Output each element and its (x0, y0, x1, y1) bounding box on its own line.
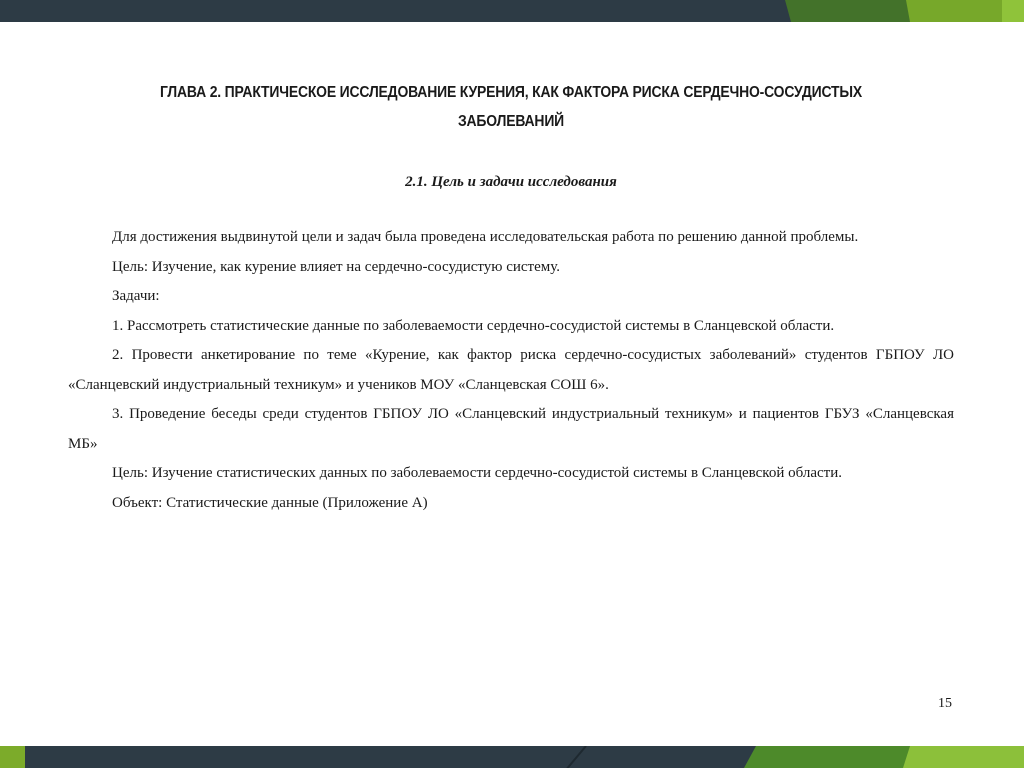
page-number: 15 (938, 696, 952, 712)
top-green-dark-stripe (785, 0, 915, 22)
paragraph-object: Объект: Статистические данные (Приложени… (68, 489, 954, 519)
top-green-light-stripe (1002, 0, 1024, 22)
chapter-title: ГЛАВА 2. ПРАКТИЧЕСКОЕ ИССЛЕДОВАНИЕ КУРЕН… (112, 78, 909, 136)
bottom-decorative-bar (0, 746, 1024, 768)
paragraph-goal: Цель: Изучение, как курение влияет на се… (68, 253, 954, 283)
paragraph-tasks-heading: Задачи: (68, 282, 954, 312)
bottom-green-left-stripe (0, 746, 25, 768)
bottom-diagonal-line (566, 746, 587, 768)
bottom-green-light-stripe (903, 746, 1024, 768)
paragraph-task-3: 3. Проведение беседы среди студентов ГБП… (68, 400, 954, 459)
paragraph-intro: Для достижения выдвинутой цели и задач б… (68, 223, 954, 253)
body-text: Для достижения выдвинутой цели и задач б… (68, 223, 954, 518)
paragraph-task-2: 2. Провести анкетирование по теме «Курен… (68, 341, 954, 400)
section-title: 2.1. Цель и задачи исследования (68, 174, 954, 191)
slide-content: ГЛАВА 2. ПРАКТИЧЕСКОЕ ИССЛЕДОВАНИЕ КУРЕН… (68, 78, 954, 518)
top-green-mid-stripe (906, 0, 1006, 22)
paragraph-task-1: 1. Рассмотреть статистические данные по … (68, 312, 954, 342)
paragraph-goal-2: Цель: Изучение статистических данных по … (68, 459, 954, 489)
top-decorative-bar (0, 0, 1024, 22)
